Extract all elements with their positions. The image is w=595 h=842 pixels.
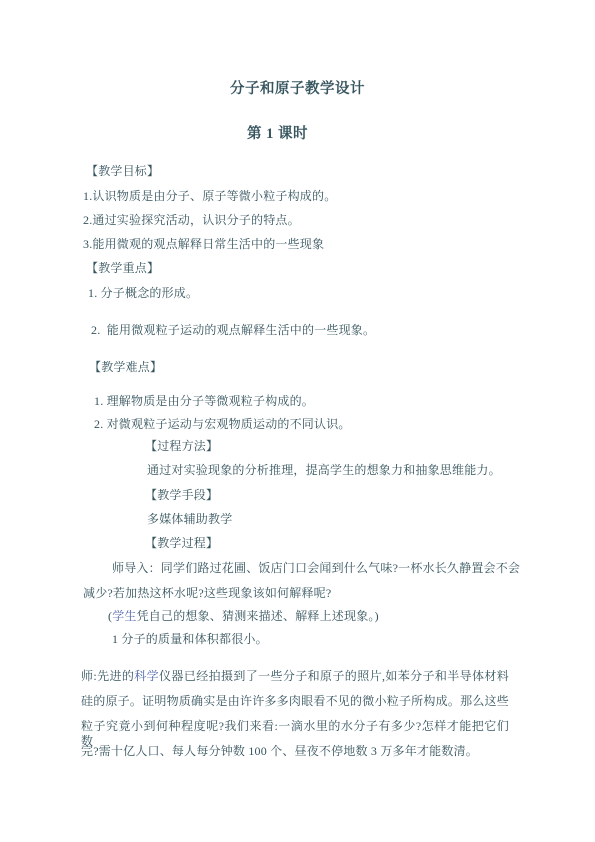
teaching-means-text: 多媒体辅助教学 (147, 512, 232, 527)
document-title: 分子和原子教学设计 (0, 77, 595, 98)
process-method-text: 通过对实验现象的分析推理，提高学生的想象力和抽象思维能力。 (147, 463, 501, 478)
teacher-paragraph-line-1: 师:先进的科学仪器已经拍摄到了一些分子和原子的照片,如苯分子和半导体材料 (81, 669, 509, 684)
lesson-subtitle: 第 1 课时 (0, 122, 575, 143)
teaching-goal-item-2: 2.通过实验探究活动，认识分子的特点。 (83, 213, 300, 228)
teacher-paragraph-line-1-rest: 仪器已经拍摄到了一些分子和原子的照片,如苯分子和半导体材料 (159, 669, 509, 683)
science-link[interactable]: 科学 (134, 669, 159, 683)
teacher-paragraph-line-2: 硅的原子。证明物质确实是由许许多多肉眼看不见的微小粒子所构成。那么这些 (81, 694, 509, 709)
teaching-goal-item-3: 3.能用微观的观点解释日常生活中的一些现象 (83, 237, 324, 252)
student-note-line: (学生凭自己的想象、猜测来描述、解释上述现象。) (108, 609, 379, 624)
intro-paragraph-line-1: 师导入：同学们路过花圃、饭店门口会闻到什么气味?一杯水长久静置会不会 (112, 561, 520, 576)
key-point-item-2: 2. 能用微观粒子运动的观点解释生活中的一些现象。 (91, 323, 375, 338)
teaching-goal-item-1: 1.认识物质是由分子、原子等微小粒子构成的。 (83, 189, 336, 204)
process-method-header: 【过程方法】 (145, 439, 218, 454)
student-note-rest: 凭自己的想象、猜测来描述、解释上述现象。) (137, 609, 379, 623)
teaching-means-header: 【教学手段】 (145, 488, 218, 503)
intro-paragraph-line-2: 减少?若加热这杯水呢?这些现象该如何解释呢? (83, 586, 331, 601)
key-point-item-1: 1. 分子概念的形成。 (88, 286, 198, 301)
difficulty-item-1: 1. 理解物质是由分子等微观粒子构成的。 (94, 394, 314, 409)
difficulty-item-2: 2. 对微观粒子运动与宏观物质运动的不同认识。 (94, 417, 351, 432)
molecule-point-1: 1 分子的质量和体积都很小。 (112, 632, 268, 647)
teacher-paragraph-line-4: 完?需十亿人口、每人每分钟数 100 个、昼夜不停地数 3 万多年才能数清。 (81, 744, 478, 759)
teaching-procedure-header: 【教学过程】 (145, 536, 218, 551)
student-link[interactable]: 学生 (112, 609, 136, 623)
key-points-header: 【教学重点】 (86, 261, 159, 276)
teaching-goals-header: 【教学目标】 (86, 164, 159, 179)
difficulties-header: 【教学难点】 (89, 360, 162, 375)
document-page: 分子和原子教学设计 第 1 课时 【教学目标】 1.认识物质是由分子、原子等微小… (0, 0, 595, 842)
teacher-paragraph-prefix: 师:先进的 (81, 669, 134, 683)
